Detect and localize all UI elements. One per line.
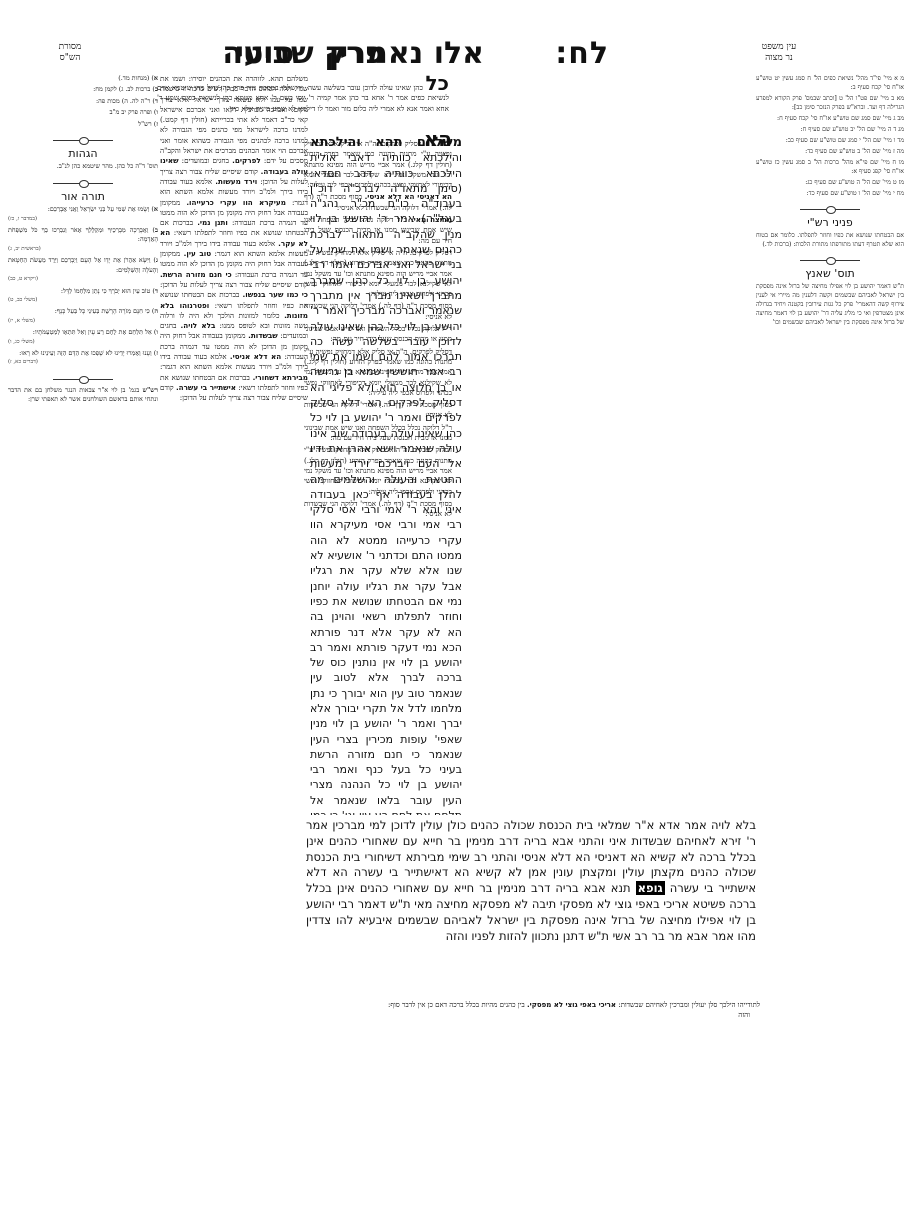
ornament-divider xyxy=(800,257,860,263)
rashi-column: משלהם תהא. לזוהרה את הכהנים יוסירו: ושמו… xyxy=(160,74,308,994)
torah-or-verse: ג) וַיִּשָּׂא אַהֲרֹן אֶת יָדָו אֶל הָעָ… xyxy=(8,256,158,284)
rashi-paragraph: משלהם תהא. לזוהרה את הכהנים יוסירו: ושמו… xyxy=(160,74,308,404)
ein-entry: מד ו מיי' שם הל' י סמג שם טוש"ע שם סעיף … xyxy=(756,136,904,145)
gemara-heading: משלהם תהא והילכתא xyxy=(310,135,462,150)
ein-mishpat-column: מ א מיי' פי"ד מהל' נשיאת כפים הל' ח סמג … xyxy=(756,74,904,914)
catchword: והזה xyxy=(160,1010,750,1020)
masoret-entry: ו) ופרה פרק יב מ"ב xyxy=(8,108,158,117)
rashi-bottom: לתודייהו הילכך סלן יעולין ומברכין לאחיהם… xyxy=(160,1000,760,1020)
gemara-main-text: והילכתא כוותיה דאבי אולית הילכתא כוותיה … xyxy=(310,151,462,815)
ornament-divider xyxy=(800,206,860,212)
masoret-entry: ד) ר"ה לה. ה) מכות פה: xyxy=(8,97,158,106)
torah-or-verse: ד) טוֹב עַיִן הוּא יְבֹרָךְ כִּי נָתַן מ… xyxy=(8,287,158,306)
torah-or-verse: ב) וַאֲבָרְכָה מְבָרְכֶיךָ וּמְקַלֶּלְךָ… xyxy=(8,226,158,254)
ein-entry: מא ב מיי' שם פט"ו הל' ט [וכתב שבמס' פרק … xyxy=(756,94,904,112)
tosafot-opening-word: כל xyxy=(426,74,449,95)
tos-shantz-text: ת"ש דאמר יהושע בן לוי אפילו מחיצה של ברז… xyxy=(756,282,904,327)
gemara-wide-text: בלא לויה אמר אדא א"ר שמלאי בית הכנסת שכו… xyxy=(306,818,756,944)
ornament-divider xyxy=(53,137,113,143)
daf-number: לח: xyxy=(555,36,609,71)
torah-or-verse: ז) וְעָנוּ וְאָמְרוּ יָדֵינוּ לֹא שָׁפְכ… xyxy=(8,349,158,368)
masoret-entry: ב) ברכות לב. ג) לקמן מח: xyxy=(8,85,158,94)
torah-or-verse: ה) כִּי חִנָּם מְזֹרָה הָרָשֶׁת בְּעֵינֵ… xyxy=(8,307,158,326)
hagahot-text: תוס' ד"ה כל כהן. מהר שיטמא כהן לנ"ב. xyxy=(8,162,158,171)
talmud-page: עין משפט נר מצוה לח: אלו נאמרין פרק שביע… xyxy=(0,0,914,1213)
gufa-marker: גופא xyxy=(636,881,665,895)
ein-entry: מו ח מיי' שם פי"א מהל' ברכות הל' ב סמג ע… xyxy=(756,158,904,176)
ein-entry: מג ד ה מיי' שם הל' יב טוש"ע שם סעיף ח: xyxy=(756,125,904,134)
pninei-rashi-text: אם הבטחתו שנושא את כפיו וחוזר לתפלתו. כל… xyxy=(756,231,904,249)
ein-entry: מח י מיי' שם הל' ו טוש"ע שם סעיף כד: xyxy=(756,189,904,198)
pninei-rashi-title: פניני רש"י xyxy=(756,218,904,227)
masoret-heading: מסורת הש"ס xyxy=(40,42,100,64)
torah-or-verse: א) וְשָׂמוּ אֶת שְׁמִי עַל בְּנֵי יִשְׂר… xyxy=(8,205,158,224)
hagahot-title: הגהות xyxy=(8,149,158,158)
ein-mishpat-heading: עין משפט נר מצוה xyxy=(744,42,814,64)
torah-or-verse: ו) אַל תִּלְחַם אֶת לֶחֶם רַע עָיִן וְאַ… xyxy=(8,328,158,347)
page-header: עין משפט נר מצוה לח: אלו נאמרין פרק שביע… xyxy=(0,38,914,68)
masoret-entry: א) (מנחות מד.) xyxy=(8,74,158,83)
ein-entry: מב ג מיי' שם סמג שם טוש"ע או"ח סי' קכח ס… xyxy=(756,114,904,123)
ein-entry: מז ט מיי' שם הל' ה טוש"ע שם סעיף כג: xyxy=(756,178,904,187)
ornament-divider xyxy=(53,376,113,382)
torah-or-title: תורה אור xyxy=(8,192,158,201)
ein-entry: מ א מיי' פי"ד מהל' נשיאת כפים הל' ח סמג … xyxy=(756,74,904,92)
rashash-note: רש"ש בגמ' בן לוי א"ר צבאות הנגר משלחן בם… xyxy=(8,386,158,405)
tractate-name: סוטה xyxy=(222,36,294,71)
ein-entry: מה ז מיי' שם הל' ב טוש"ע שם סעיף כד: xyxy=(756,147,904,156)
gemara-body: משלהם תהא והילכתא והילכתא כוותיה דאבי או… xyxy=(310,135,462,815)
ornament-divider xyxy=(53,180,113,186)
masoret-column: א) (מנחות מד.) ב) ברכות לב. ג) לקמן מח: … xyxy=(8,74,158,1074)
tos-shantz-title: תוס' שאנץ xyxy=(756,269,904,278)
masoret-entry: ז) רש"ל xyxy=(8,120,158,129)
